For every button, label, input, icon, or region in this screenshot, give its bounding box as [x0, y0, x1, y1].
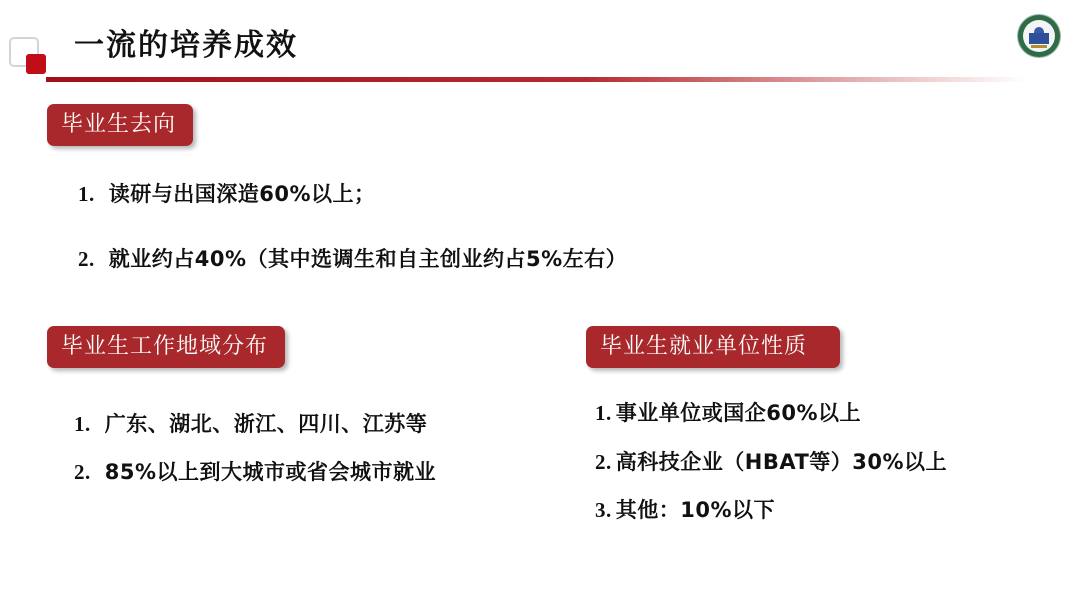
- list-text: 其他：10%以下: [616, 498, 775, 522]
- emblem-building: [1029, 33, 1049, 44]
- title-underline-divider: [46, 77, 1026, 82]
- list-number: 1.: [74, 412, 91, 436]
- section-badge-graduate-destination: 毕业生去向: [47, 104, 193, 146]
- list-text: 读研与出国深造60%以上；: [109, 182, 376, 206]
- list-item: 2.85%以上到大城市或省会城市就业: [74, 456, 436, 486]
- list-number: 3.: [595, 498, 612, 522]
- list-number: 2.: [74, 460, 91, 484]
- list-item: 2.就业约占40%（其中选调生和自主创业约占5%左右）: [78, 243, 627, 273]
- slide-title: 一流的培养成效: [74, 20, 298, 64]
- list-text: 广东、湖北、浙江、四川、江苏等: [105, 412, 428, 436]
- list-text: 事业单位或国企60%以上: [616, 401, 861, 425]
- emblem-inner: [1023, 20, 1055, 52]
- emblem-base: [1031, 45, 1047, 48]
- list-number: 1.: [595, 401, 612, 425]
- list-item: 2.高科技企业（HBAT等）30%以上: [595, 446, 947, 476]
- list-text: 高科技企业（HBAT等）30%以上: [616, 450, 947, 474]
- list-item: 1.广东、湖北、浙江、四川、江苏等: [74, 408, 427, 438]
- list-item: 3.其他：10%以下: [595, 494, 775, 524]
- list-item: 1.事业单位或国企60%以上: [595, 397, 861, 427]
- section-badge-work-region: 毕业生工作地域分布: [47, 326, 285, 368]
- university-emblem-icon: [1018, 15, 1060, 57]
- list-text: 85%以上到大城市或省会城市就业: [105, 460, 436, 484]
- section-badge-employer-type: 毕业生就业单位性质: [586, 326, 840, 368]
- decorative-red-square: [26, 54, 46, 74]
- list-number: 1.: [78, 182, 95, 206]
- list-number: 2.: [595, 450, 612, 474]
- list-number: 2.: [78, 247, 95, 271]
- list-item: 1.读研与出国深造60%以上；: [78, 178, 376, 208]
- list-text: 就业约占40%（其中选调生和自主创业约占5%左右）: [109, 247, 627, 271]
